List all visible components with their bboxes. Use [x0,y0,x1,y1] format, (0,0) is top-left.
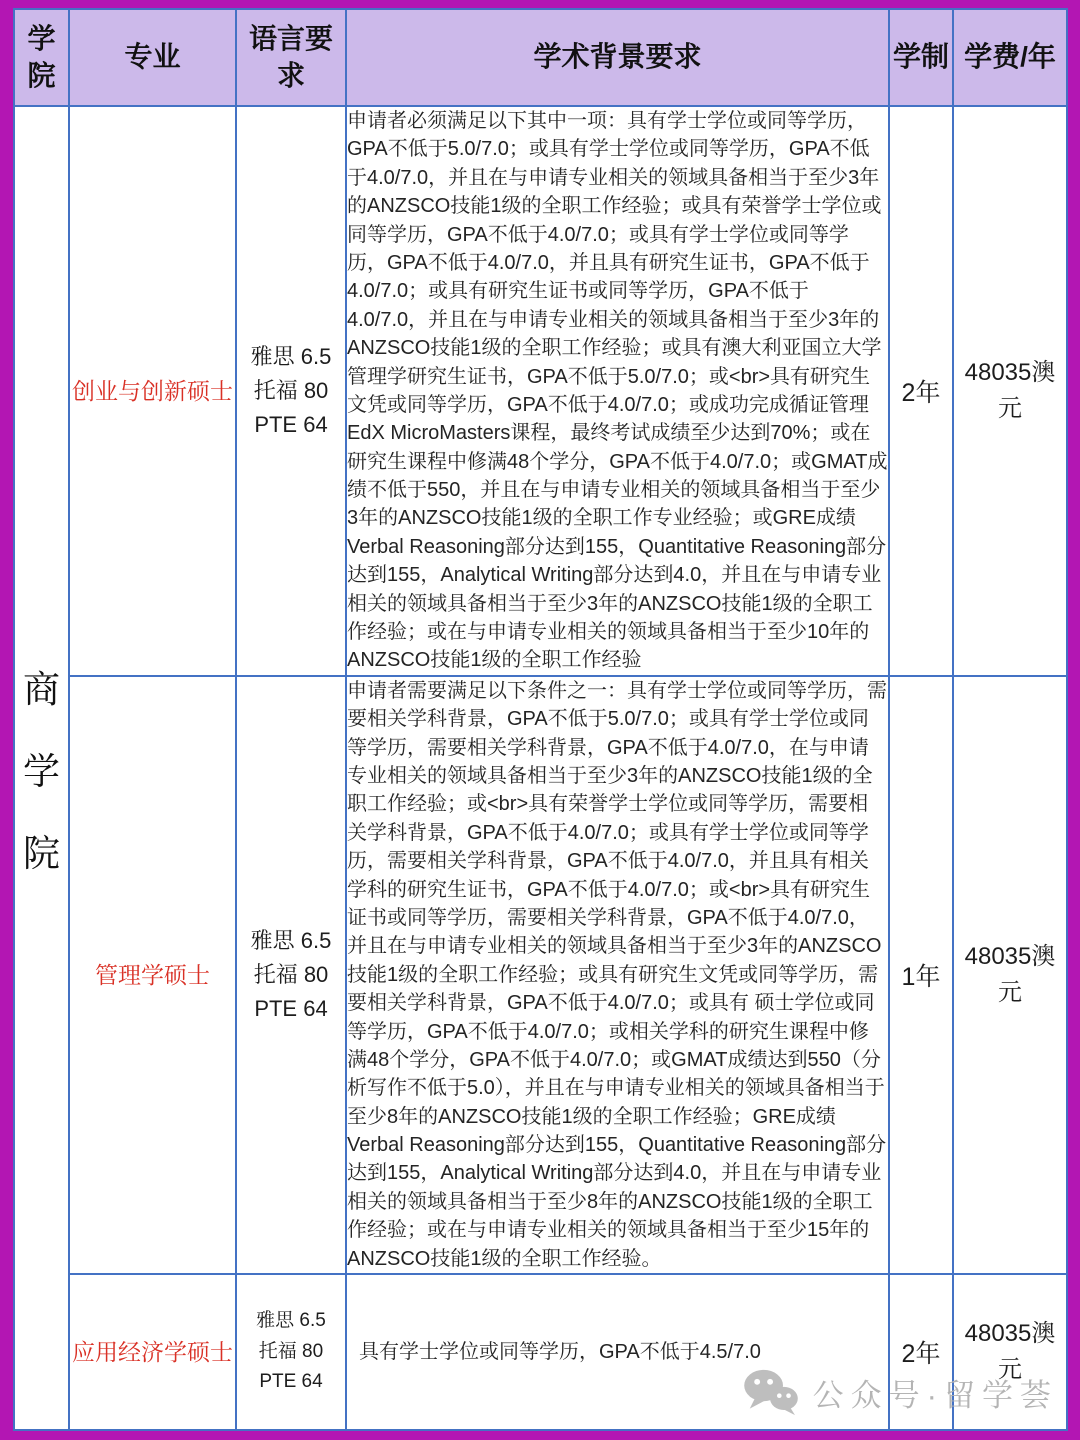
college-char: 院 [23,823,60,877]
header-major: 专业 [69,9,236,106]
academic-cell: 申请者必须满足以下其中一项：具有学士学位或同等学历，GPA不低于5.0/7.0；… [346,106,889,676]
major-cell: 创业与创新硕士 [69,106,236,676]
tuition-cell: 48035澳元 [953,1274,1067,1430]
academic-cell: 具有学士学位或同等学历，GPA不低于4.5/7.0 [346,1274,889,1430]
language-cell: 雅思 6.5 托福 80 PTE 64 [236,106,346,676]
language-line: 托福 80 [237,958,345,992]
table-row: 应用经济学硕士 雅思 6.5 托福 80 PTE 64 具有学士学位或同等学历，… [14,1274,1067,1430]
college-char: 学 [23,741,60,795]
language-line: PTE 64 [237,992,345,1026]
college-cell: 商 学 院 [14,106,69,1430]
table-row: 商 学 院 创业与创新硕士 雅思 6.5 托福 80 PTE 64 申请者必须满… [14,106,1067,676]
program-table: 学院 专业 语言要求 学术背景要求 学制 学费/年 商 学 院 创业与创新硕士 … [13,8,1068,1431]
header-duration: 学制 [889,9,953,106]
academic-cell: 申请者需要满足以下条件之一：具有学士学位或同等学历，需要相关学科背景，GPA不低… [346,676,889,1274]
header-college: 学院 [14,9,69,106]
page-frame: 学院 专业 语言要求 学术背景要求 学制 学费/年 商 学 院 创业与创新硕士 … [0,0,1080,1440]
duration-cell: 2年 [889,1274,953,1430]
college-char: 商 [23,659,60,713]
language-line: PTE 64 [237,408,345,442]
table-row: 管理学硕士 雅思 6.5 托福 80 PTE 64 申请者需要满足以下条件之一：… [14,676,1067,1274]
table-header-row: 学院 专业 语言要求 学术背景要求 学制 学费/年 [14,9,1067,106]
language-line: PTE 64 [237,1367,345,1397]
language-line: 托福 80 [237,374,345,408]
duration-cell: 1年 [889,676,953,1274]
language-line: 雅思 6.5 [237,924,345,958]
duration-cell: 2年 [889,106,953,676]
language-line: 托福 80 [237,1337,345,1367]
major-cell: 应用经济学硕士 [69,1274,236,1430]
language-line: 雅思 6.5 [237,340,345,374]
tuition-cell: 48035澳元 [953,676,1067,1274]
language-cell: 雅思 6.5 托福 80 PTE 64 [236,1274,346,1430]
header-academic: 学术背景要求 [346,9,889,106]
major-cell: 管理学硕士 [69,676,236,1274]
header-language: 语言要求 [236,9,346,106]
language-line: 雅思 6.5 [237,1306,345,1336]
tuition-cell: 48035澳元 [953,106,1067,676]
language-cell: 雅思 6.5 托福 80 PTE 64 [236,676,346,1274]
header-tuition: 学费/年 [953,9,1067,106]
college-name: 商 学 院 [15,659,68,877]
